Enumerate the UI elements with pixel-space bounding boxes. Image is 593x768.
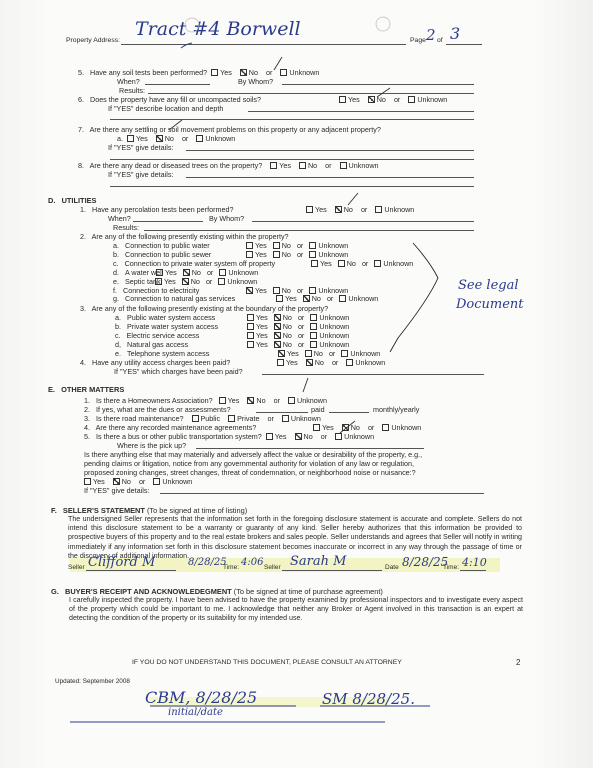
q-num: 3. xyxy=(84,414,90,423)
opt-label: No xyxy=(282,286,291,295)
opt-label: No xyxy=(165,134,174,143)
checkbox-no[interactable] xyxy=(247,397,254,404)
utility-item-row: e. Telephone system access xyxy=(115,349,209,358)
checkbox-private[interactable] xyxy=(228,415,235,422)
or-label: or xyxy=(206,277,212,286)
opt-label: Unknown xyxy=(228,268,258,277)
seller2-signature: Sarah M xyxy=(290,554,346,569)
checkbox-yes[interactable] xyxy=(270,162,277,169)
item-letter: b. xyxy=(113,250,119,259)
opt-label: No xyxy=(192,268,201,277)
item-letter: f. xyxy=(113,286,117,295)
q-text: Does the property have any fill or uncom… xyxy=(90,95,261,104)
item-text: Natural gas access xyxy=(127,340,188,349)
opt-label: Yes xyxy=(255,286,267,295)
section-letter: E. xyxy=(48,385,55,394)
opt-label: Unknown xyxy=(162,477,192,486)
margin-note-line2: Document xyxy=(456,297,524,312)
q-num: 7. xyxy=(78,125,84,134)
q8-details-label: If "YES" give details: xyxy=(108,170,173,179)
initials-caption: initial/date xyxy=(168,707,223,718)
section-subtitle: (To be signed at time of purchase agreem… xyxy=(234,587,383,596)
checkbox-yes[interactable] xyxy=(278,350,285,357)
e5-transport: 5. Is there a bus or other public transp… xyxy=(84,432,374,441)
utility-item-row: b. Private water system access xyxy=(115,322,218,331)
e4-maintenance: 4. Are there any recorded maintenance ag… xyxy=(84,423,256,432)
d3-boundary: 3. Are any of the following presently ex… xyxy=(80,304,328,313)
checkbox-unknown[interactable] xyxy=(288,397,295,404)
opt-label: Yes xyxy=(255,241,267,250)
utility-item-row: c. Electric service access xyxy=(115,331,199,340)
when-label: When? xyxy=(108,214,131,223)
opt-label: No xyxy=(191,277,200,286)
item-letter: a. xyxy=(113,241,119,250)
opt-label: Yes xyxy=(165,268,177,277)
opt-label: No xyxy=(283,322,292,331)
opt-label: Unknown xyxy=(391,423,421,432)
item-letter: e. xyxy=(113,277,119,286)
item-letter: e. xyxy=(115,349,121,358)
section-letter: G. xyxy=(51,587,59,596)
other-matters-text-2: pending claims or litigation, notice fro… xyxy=(84,459,414,468)
q-num: 4. xyxy=(80,358,86,367)
opt-label: No xyxy=(308,161,317,170)
seller1-date: 8/28/25 xyxy=(188,557,227,568)
section-title: SELLER'S STATEMENT xyxy=(63,506,145,515)
opt-label: Yes xyxy=(279,161,291,170)
q-text: Have any percolation tests been performe… xyxy=(92,205,233,214)
checkbox-no[interactable] xyxy=(368,96,375,103)
opt-label: Unknown xyxy=(227,277,257,286)
q-num: 1. xyxy=(80,205,86,214)
e3-road: 3. Is there road maintenance? Public Pri… xyxy=(84,414,321,423)
utility-item-options: YesNoorUnknown xyxy=(246,241,348,250)
utility-item-options: YesNoorUnknown xyxy=(247,313,349,322)
section-g-heading: G. BUYER'S RECEIPT AND ACKNOWLEDEGMENT (… xyxy=(51,587,383,596)
or-label: or xyxy=(298,331,304,340)
checkbox-public[interactable] xyxy=(192,415,199,422)
seller2-date-label: Date xyxy=(385,563,399,572)
paid-label: paid xyxy=(311,405,325,414)
utility-item-options: YesNoorUnknown xyxy=(247,331,349,340)
checkbox-no[interactable] xyxy=(274,332,281,339)
checkbox-yes[interactable] xyxy=(247,314,254,321)
q7-details-label: If "YES" give details: xyxy=(108,143,173,152)
checkbox-no[interactable] xyxy=(305,350,312,357)
section-e-heading: E. OTHER MATTERS xyxy=(48,385,124,394)
or-label: or xyxy=(321,432,327,441)
checkbox-unknown[interactable] xyxy=(346,359,353,366)
opt-label: No xyxy=(347,259,356,268)
q-num: 5. xyxy=(78,68,84,77)
q-text: Are there any settling or soil movement … xyxy=(90,125,381,134)
checkbox-no[interactable] xyxy=(240,69,247,76)
or-label: or xyxy=(182,134,188,143)
checkbox-yes[interactable] xyxy=(276,295,283,302)
opt-label: No xyxy=(256,396,265,405)
d2-within-property: 2. Are any of the following presently ex… xyxy=(80,232,289,241)
when-field[interactable] xyxy=(145,84,210,85)
or-label: or xyxy=(297,286,303,295)
utility-item-row: c. Connection to private water system of… xyxy=(113,259,275,268)
checkbox-yes[interactable] xyxy=(247,323,254,330)
property-address-value: Tract #4 Borwell xyxy=(135,18,301,40)
seller2-date: 8/28/25 xyxy=(402,555,448,569)
section-d-heading: D. UTILITIES xyxy=(48,196,96,205)
opt-label: Yes xyxy=(285,294,297,303)
q6-detail-field-2[interactable] xyxy=(110,119,474,120)
checkbox-yes[interactable] xyxy=(156,269,163,276)
section-letter: D. xyxy=(48,196,55,205)
opt-label: Unknown xyxy=(350,349,380,358)
d1-options: Yes No or Unknown xyxy=(306,205,414,214)
item-letter: d, xyxy=(115,340,121,349)
checkbox-no[interactable] xyxy=(274,314,281,321)
checkbox-unknown[interactable] xyxy=(153,478,160,485)
q6-sub-label: If "YES" describe location and depth xyxy=(108,104,223,113)
checkbox-yes[interactable] xyxy=(311,260,318,267)
checkbox-unknown[interactable] xyxy=(339,295,346,302)
utility-item-row: e. Septic tank xyxy=(113,277,161,286)
q-text: Is there road maintenance? xyxy=(96,414,184,423)
checkbox-no[interactable] xyxy=(273,251,280,258)
item-letter: d. xyxy=(113,268,119,277)
d4-sub-label: If "YES" which charges have been paid? xyxy=(114,367,243,376)
page-total: 3 xyxy=(450,24,460,43)
opt-label: Yes xyxy=(136,134,148,143)
checkbox-unknown[interactable] xyxy=(310,323,317,330)
e1-hoa: 1. Is there a Homeowners Association? Ye… xyxy=(84,396,327,405)
when-label: When? xyxy=(117,77,140,86)
other-details-field[interactable] xyxy=(160,493,484,494)
opt-label: Unknown xyxy=(318,241,348,250)
by-whom-label: By Whom? xyxy=(209,214,244,223)
utility-item-row: b. Connection to public sewer xyxy=(113,250,211,259)
or-label: or xyxy=(298,313,304,322)
q-num: 2. xyxy=(80,232,86,241)
opt-label: No xyxy=(282,250,291,259)
opt-label: Yes xyxy=(256,313,268,322)
section-title: OTHER MATTERS xyxy=(61,385,124,394)
checkbox-yes[interactable] xyxy=(306,206,313,213)
pickup-field[interactable] xyxy=(196,448,424,449)
opt-label: Unknown xyxy=(319,331,349,340)
opt-label: No xyxy=(282,241,291,250)
results-label: Results: xyxy=(119,86,145,95)
q-text: Are any of the following presently exist… xyxy=(92,232,289,241)
q-num: 8. xyxy=(78,161,84,170)
checkbox-yes[interactable] xyxy=(277,359,284,366)
utility-item-options: YesNoorUnknown xyxy=(156,268,258,277)
opt-label: Yes xyxy=(286,358,298,367)
q-text: Is there a Homeowners Association? xyxy=(96,396,213,405)
opt-label: Unknown xyxy=(318,286,348,295)
or-label: or xyxy=(394,95,400,104)
results-field[interactable] xyxy=(144,230,474,231)
checkbox-yes[interactable] xyxy=(313,424,320,431)
checkbox-unknown[interactable] xyxy=(382,424,389,431)
opt-label: No xyxy=(283,340,292,349)
d4-options: Yes No or Unknown xyxy=(277,358,385,367)
opt-label: No xyxy=(344,205,353,214)
checkbox-no[interactable] xyxy=(338,260,345,267)
attorney-notice: IF YOU DO NOT UNDERSTAND THIS DOCUMENT, … xyxy=(132,658,402,667)
checkbox-unknown[interactable] xyxy=(310,332,317,339)
item-text: Connection to public sewer xyxy=(125,250,211,259)
or-label: or xyxy=(332,358,338,367)
checkbox-no[interactable] xyxy=(273,287,280,294)
section-subtitle: (To be signed at time of listing) xyxy=(147,506,247,515)
q-text: Have any soil tests been performed? xyxy=(90,68,207,77)
checkbox-unknown[interactable] xyxy=(310,341,317,348)
checkbox-yes[interactable] xyxy=(246,287,253,294)
section-title: BUYER'S RECEIPT AND ACKNOWLEDEGMENT xyxy=(65,587,232,596)
q-num: 6. xyxy=(78,95,84,104)
q7-detail-field-2[interactable] xyxy=(110,159,474,160)
opt-label: Unknown xyxy=(318,250,348,259)
checkbox-unknown[interactable] xyxy=(341,350,348,357)
updated-date: Updated: September 2008 xyxy=(55,677,130,686)
checkbox-yes[interactable] xyxy=(246,242,253,249)
opt-label: Yes xyxy=(348,95,360,104)
opt-label: No xyxy=(351,423,360,432)
or-label: or xyxy=(368,423,374,432)
checkbox-unknown[interactable] xyxy=(218,278,225,285)
checkbox-no[interactable] xyxy=(342,424,349,431)
checkbox-yes[interactable] xyxy=(84,478,91,485)
results-label: Results: xyxy=(113,223,139,232)
or-label: or xyxy=(325,161,331,170)
opt-label: Unknown xyxy=(383,259,413,268)
or-label: or xyxy=(207,268,213,277)
q7-options: a. Yes No or Unknown xyxy=(117,134,235,143)
checkbox-unknown[interactable] xyxy=(340,162,347,169)
checkbox-yes[interactable] xyxy=(247,341,254,348)
opt-label: No xyxy=(312,294,321,303)
utility-item-row: f. Connection to electricity xyxy=(113,286,199,295)
item-text: Connection to private water system off p… xyxy=(125,259,275,268)
item-text: Connection to public water xyxy=(125,241,210,250)
checkbox-unknown[interactable] xyxy=(219,269,226,276)
opt-label: Unknown xyxy=(319,313,349,322)
checkbox-no[interactable] xyxy=(335,206,342,213)
seller1-signature: Clifford M xyxy=(88,555,155,570)
q6-options: Yes No or Unknown xyxy=(339,95,447,104)
utility-item-options: YesNoorUnknown xyxy=(311,259,413,268)
q-num: 2. xyxy=(84,405,90,414)
opt-label: Unknown xyxy=(417,95,447,104)
item-letter: a. xyxy=(115,313,121,322)
opt-label: Yes xyxy=(228,396,240,405)
q8-detail-field[interactable] xyxy=(186,177,474,178)
e4-options: Yes No or Unknown xyxy=(313,423,421,432)
checkbox-yes[interactable] xyxy=(247,332,254,339)
checkbox-yes[interactable] xyxy=(211,69,218,76)
opt-label: No xyxy=(249,68,258,77)
margin-note-line1: See legal xyxy=(458,278,519,293)
item-text: Connection to electricity xyxy=(123,286,199,295)
page-label: Page xyxy=(410,36,426,45)
opt-label: Yes xyxy=(164,277,176,286)
q-num: 1. xyxy=(84,396,90,405)
checkbox-no[interactable] xyxy=(274,323,281,330)
or-label: or xyxy=(329,349,335,358)
checkbox-no[interactable] xyxy=(273,242,280,249)
checkbox-unknown[interactable] xyxy=(196,135,203,142)
other-matters-text-3: proposed zoning changes, street changes,… xyxy=(84,468,416,477)
q7-detail-field[interactable] xyxy=(186,150,474,151)
section-f-heading: F. SELLER'S STATEMENT (To be signed at t… xyxy=(51,506,247,515)
opt-label: Private xyxy=(237,414,259,423)
or-label: or xyxy=(297,250,303,259)
checkbox-unknown[interactable] xyxy=(282,415,289,422)
page-current: 2 xyxy=(426,26,436,44)
or-label: or xyxy=(298,340,304,349)
opt-label: Public xyxy=(201,414,221,423)
checkbox-yes[interactable] xyxy=(127,135,134,142)
paid-field[interactable] xyxy=(329,412,369,413)
utility-item-options: YesNoorUnknown xyxy=(246,250,348,259)
checkbox-unknown[interactable] xyxy=(408,96,415,103)
seller1-label: Seller xyxy=(68,563,85,572)
or-label: or xyxy=(327,294,333,303)
item-letter: g. xyxy=(113,294,119,303)
checkbox-yes[interactable] xyxy=(246,251,253,258)
checkbox-no[interactable] xyxy=(113,478,120,485)
q8-detail-field-2[interactable] xyxy=(110,186,474,187)
q8-trees: 8. Are there any dead or diseased trees … xyxy=(78,161,379,170)
checkbox-unknown[interactable] xyxy=(309,242,316,249)
section-title: UTILITIES xyxy=(62,196,97,205)
q-text: Are there any dead or diseased trees on … xyxy=(90,161,263,170)
item-letter: c. xyxy=(115,331,121,340)
utility-item-options: YesNoorUnknown xyxy=(276,294,378,303)
opt-label: Yes xyxy=(287,349,299,358)
period-label: monthly/yearly xyxy=(373,405,419,414)
d4-detail-field[interactable] xyxy=(262,374,484,375)
opt-label: Unknown xyxy=(348,294,378,303)
pickup-label: Where is the pick up? xyxy=(117,441,186,450)
checkbox-unknown[interactable] xyxy=(309,251,316,258)
checkbox-unknown[interactable] xyxy=(310,314,317,321)
opt-label: Unknown xyxy=(319,322,349,331)
checkbox-unknown[interactable] xyxy=(335,433,342,440)
checkbox-unknown[interactable] xyxy=(280,69,287,76)
utility-item-row: a. Connection to public water xyxy=(113,241,210,250)
utility-item-row: g. Connection to natural gas services xyxy=(113,294,235,303)
q-text: Is there a bus or other public transport… xyxy=(96,432,262,441)
checkbox-unknown[interactable] xyxy=(375,206,382,213)
checkbox-no[interactable] xyxy=(303,295,310,302)
q7-settling: 7. Are there any settling or soil moveme… xyxy=(78,125,381,134)
when-field[interactable] xyxy=(133,221,203,222)
checkbox-yes[interactable] xyxy=(155,278,162,285)
buyer2-initials: SM 8/28/25. xyxy=(322,690,415,708)
seller1-time-label: Time: xyxy=(223,563,239,572)
utility-item-options: YesNoorUnknown xyxy=(278,349,380,358)
opt-label: No xyxy=(315,358,324,367)
by-whom-label: By Whom? xyxy=(238,77,273,86)
opt-label: No xyxy=(304,432,313,441)
checkbox-unknown[interactable] xyxy=(374,260,381,267)
opt-label: Unknown xyxy=(384,205,414,214)
checkbox-yes[interactable] xyxy=(219,397,226,404)
item-text: Telephone system access xyxy=(127,349,209,358)
d1-percolation: 1. Have any percolation tests been perfo… xyxy=(80,205,233,214)
or-label: or xyxy=(298,322,304,331)
e2-dues: 2. If yes, what are the dues or assessme… xyxy=(84,405,231,414)
seller2-label: Seller xyxy=(264,563,281,572)
seller2-signature-field[interactable] xyxy=(282,570,382,571)
opt-label: Yes xyxy=(320,259,332,268)
document-page: Property Address: Tract #4 Borwell Page … xyxy=(0,0,593,768)
seller1-signature-field[interactable] xyxy=(86,570,176,571)
q-text: Are there any recorded maintenance agree… xyxy=(96,423,257,432)
q-text: If yes, what are the dues or assessments… xyxy=(96,405,231,414)
dues-field[interactable] xyxy=(256,412,308,413)
q-num: 3. xyxy=(80,304,86,313)
results-field[interactable] xyxy=(148,93,474,94)
or-label: or xyxy=(362,259,368,268)
other-matters-options: Yes No or Unknown xyxy=(84,477,192,486)
q-num: 5. xyxy=(84,432,90,441)
q-text: Have any utility access charges been pai… xyxy=(92,358,230,367)
checkbox-no[interactable] xyxy=(274,341,281,348)
opt-label: Unknown xyxy=(349,161,379,170)
q6-detail-field[interactable] xyxy=(248,111,474,112)
checkbox-yes[interactable] xyxy=(266,433,273,440)
opt-label: No xyxy=(283,331,292,340)
or-label: or xyxy=(139,477,145,486)
checkbox-no[interactable] xyxy=(182,278,189,285)
property-address-line xyxy=(121,44,406,45)
seller2-time: 4:10 xyxy=(462,556,487,569)
by-whom-field[interactable] xyxy=(252,221,474,222)
section-letter: F. xyxy=(51,506,57,515)
seller1-time: 4:06 xyxy=(241,557,263,568)
opt-label: No xyxy=(122,477,131,486)
item-text: Public water system access xyxy=(127,313,215,322)
seller2-time-field[interactable] xyxy=(460,570,486,571)
opt-label: Yes xyxy=(275,432,287,441)
opt-label: Yes xyxy=(220,68,232,77)
page-of-label: of xyxy=(437,36,443,45)
checkbox-yes[interactable] xyxy=(339,96,346,103)
opt-label: Unknown xyxy=(319,340,349,349)
utility-item-options: YesNoorUnknown xyxy=(247,340,349,349)
or-label: or xyxy=(274,396,280,405)
checkbox-no[interactable] xyxy=(156,135,163,142)
q6-fill-soils: 6. Does the property have any fill or un… xyxy=(78,95,261,104)
opt-label: Yes xyxy=(256,322,268,331)
page-total-line xyxy=(446,44,482,45)
item-letter: b. xyxy=(115,322,121,331)
checkbox-no[interactable] xyxy=(306,359,313,366)
buyer-acknowledgement-body: I carefully inspected the property. I ha… xyxy=(69,596,523,624)
item-text: Private water system access xyxy=(127,322,218,331)
by-whom-field[interactable] xyxy=(282,84,474,85)
q-text: Are any of the following presently exist… xyxy=(92,304,329,313)
q5-soil-tests: 5. Have any soil tests been performed? Y… xyxy=(78,68,319,77)
checkbox-no[interactable] xyxy=(299,162,306,169)
q-num: 4. xyxy=(84,423,90,432)
utility-item-options: YesNoorUnknown xyxy=(247,322,349,331)
checkbox-unknown[interactable] xyxy=(309,287,316,294)
checkbox-no[interactable] xyxy=(295,433,302,440)
checkbox-no[interactable] xyxy=(183,269,190,276)
opt-label: Yes xyxy=(93,477,105,486)
opt-label: No xyxy=(314,349,323,358)
